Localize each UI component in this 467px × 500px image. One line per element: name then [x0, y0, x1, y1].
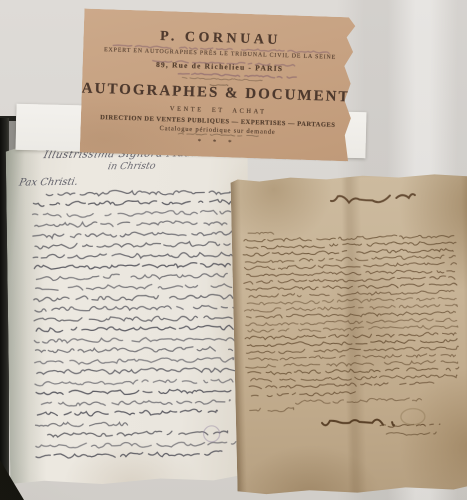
- photo-vignette: [0, 0, 467, 500]
- photo-of-documents: Illustrissima Signora Madre in Christo P…: [0, 0, 467, 500]
